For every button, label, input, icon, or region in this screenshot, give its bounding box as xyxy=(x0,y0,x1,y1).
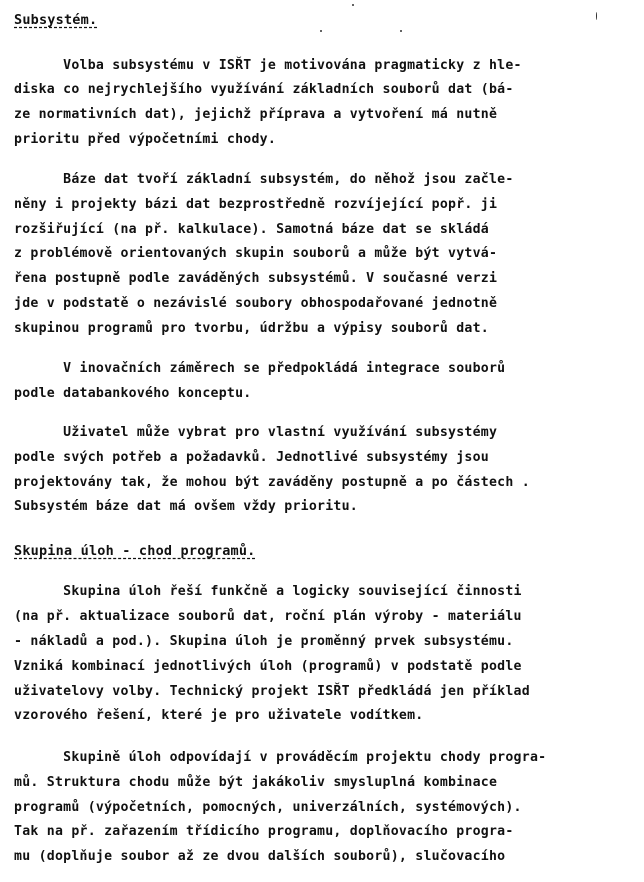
text-line: Báze dat tvoří základní subsystém, do ně… xyxy=(14,172,514,187)
text-line: - nákladů a pod.). Skupina úloh je promě… xyxy=(14,634,514,649)
text-line: podle svých potřeb a požadavků. Jednotli… xyxy=(14,450,489,465)
text-line: V inovačních záměrech se předpokládá int… xyxy=(14,361,505,376)
typewritten-page: Subsystém. Volba subsystému v ISŘT je mo… xyxy=(0,0,644,882)
scan-speck xyxy=(320,30,322,32)
text-line: z problémově orientovaných skupin soubor… xyxy=(14,246,497,261)
text-line: Tak na př. zařazením třídicího programu,… xyxy=(14,824,514,839)
section-heading-task-group: Skupina úloh - chod programů. xyxy=(14,543,256,559)
scan-speck xyxy=(400,30,402,32)
text-line: Skupině úloh odpovídají v prováděcím pro… xyxy=(14,750,546,765)
scan-speck xyxy=(596,12,597,20)
text-line: Subsystém báze dat má ovšem vždy priorit… xyxy=(14,499,358,514)
text-line: jde v podstatě o nezávislé soubory obhos… xyxy=(14,296,497,311)
text-line: mů. Struktura chodu může být jakákoliv s… xyxy=(14,775,497,790)
text-line: Skupina úloh řeší funkčně a logicky souv… xyxy=(14,584,522,599)
text-line: řena postupně podle zaváděných subsystém… xyxy=(14,271,497,286)
text-line: mu (doplňuje soubor až ze dvou dalších s… xyxy=(14,849,505,864)
text-line: podle databankového konceptu. xyxy=(14,386,252,401)
text-line: rozšiřující (na př. kalkulace). Samotná … xyxy=(14,222,489,237)
text-line: něny i projekty bázi dat bezprostředně r… xyxy=(14,197,497,212)
text-line: Uživatel může vybrat pro vlastní využívá… xyxy=(14,425,497,440)
text-line: skupinou programů pro tvorbu, údržbu a v… xyxy=(14,321,489,336)
text-line: prioritu před výpočetními chody. xyxy=(14,132,276,147)
text-line: Vzniká kombinací jednotlivých úloh (prog… xyxy=(14,659,522,674)
text-line: diska co nejrychlejšího využívání základ… xyxy=(14,82,514,97)
section-heading-subsystem: Subsystém. xyxy=(14,12,97,28)
text-line: (na př. aktualizace souborů dat, roční p… xyxy=(14,609,522,624)
text-line: Volba subsystému v ISŘT je motivována pr… xyxy=(14,58,522,73)
text-line: ze normativních dat), jejichž příprava a… xyxy=(14,107,497,122)
text-line: uživatelovy volby. Technický projekt ISŘ… xyxy=(14,684,530,699)
text-line: vzorového řešení, které je pro uživatele… xyxy=(14,708,423,723)
text-line: projektovány tak, že mohou být zaváděny … xyxy=(14,475,530,490)
text-line: programů (výpočetních, pomocných, univer… xyxy=(14,800,522,815)
scan-speck xyxy=(352,4,354,6)
